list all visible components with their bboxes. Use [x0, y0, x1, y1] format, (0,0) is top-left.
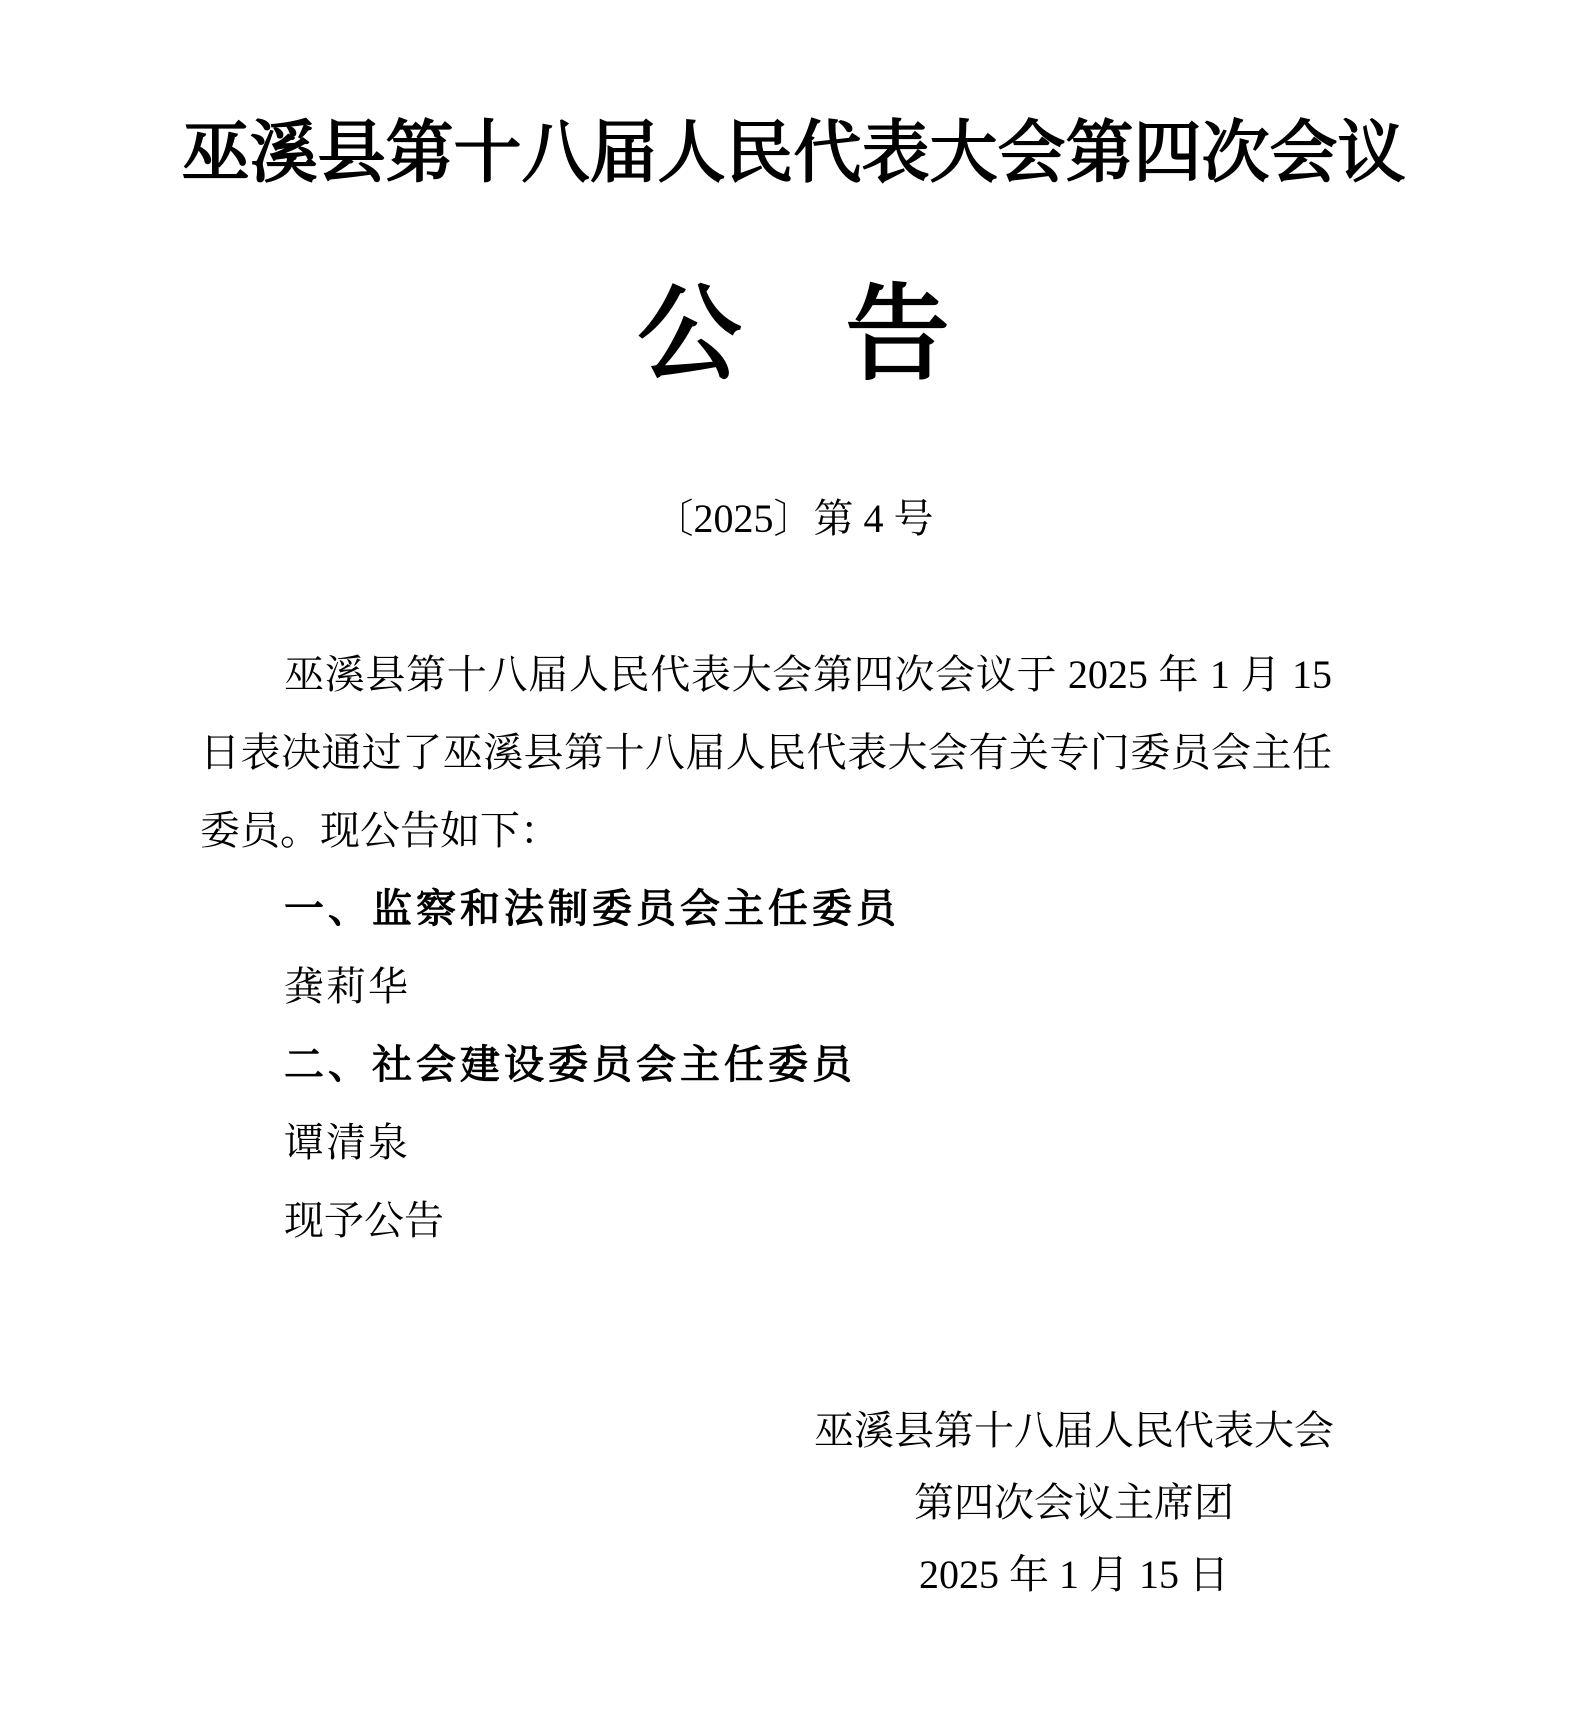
- signature-org: 巫溪县第十八届人民代表大会: [800, 1395, 1348, 1467]
- document-number: 〔2025〕第 4 号: [0, 484, 1587, 554]
- paragraph-line: 巫溪县第十八届人民代表大会第四次会议于 2025 年 1 月 15: [200, 636, 1332, 714]
- paragraph-line: 日表决通过了巫溪县第十八届人民代表大会有关专门委员会主任: [200, 714, 1332, 792]
- signature-date: 2025 年 1 月 15 日: [800, 1539, 1348, 1611]
- appointee-name: 谭清泉: [200, 1104, 1332, 1182]
- appointee-name: 龚莉华: [200, 948, 1332, 1026]
- document-title: 巫溪县第十八届人民代表大会第四次会议: [0, 103, 1587, 203]
- section-heading: 二、社会建设委员会主任委员: [200, 1026, 1332, 1104]
- closing-line: 现予公告: [200, 1182, 1332, 1260]
- signature-block: 巫溪县第十八届人民代表大会 第四次会议主席团 2025 年 1 月 15 日: [800, 1395, 1348, 1611]
- announcement-page: 巫溪县第十八届人民代表大会第四次会议 公 告 〔2025〕第 4 号 巫溪县第十…: [0, 0, 1587, 1721]
- paragraph-line: 委员。现公告如下：: [200, 792, 1332, 870]
- signature-presidium: 第四次会议主席团: [800, 1467, 1348, 1539]
- announcement-banner: 公 告: [0, 266, 1587, 406]
- section-heading: 一、监察和法制委员会主任委员: [200, 870, 1332, 948]
- document-body: 巫溪县第十八届人民代表大会第四次会议于 2025 年 1 月 15 日表决通过了…: [200, 636, 1332, 1260]
